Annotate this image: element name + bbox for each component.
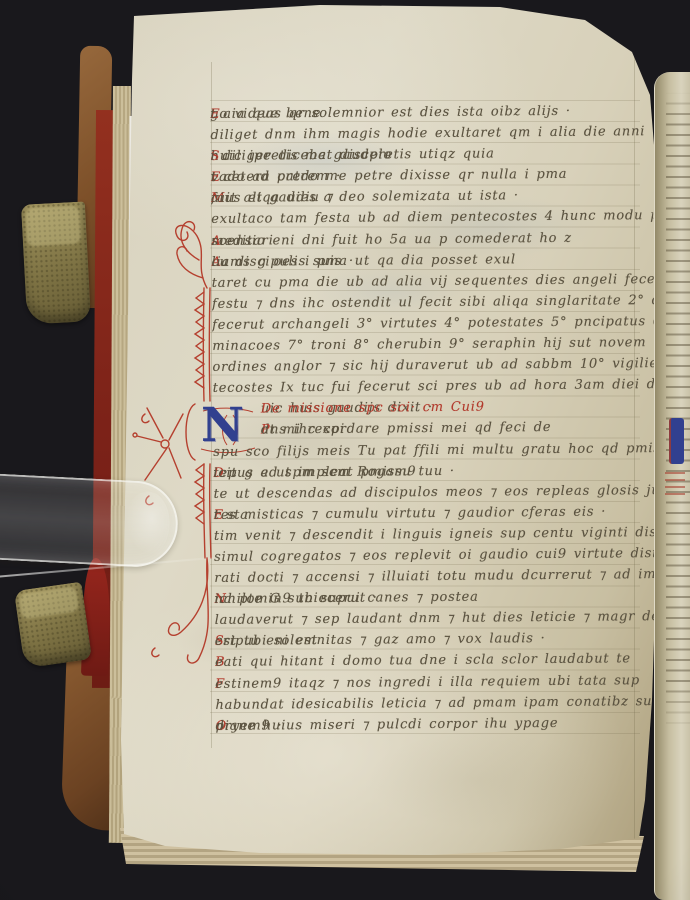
text-line: rati docti ⁊ accensi ⁊ illuiati totu mud… xyxy=(214,564,656,589)
text-line: pryem9 · O diane huius miseri ⁊ pulcdi c… xyxy=(216,712,658,737)
clasp-fold xyxy=(18,586,79,619)
facing-page-text xyxy=(666,92,690,732)
manuscript-photo: N go videas qr solemnior est dies ista o… xyxy=(0,0,690,900)
text-line: habundat idesicabilis leticia ⁊ ad pmam … xyxy=(215,691,657,716)
text-line: tecostes Ix tuc fui fecerut sci pres ub … xyxy=(213,374,655,399)
facing-page-edge xyxy=(654,72,690,900)
acrylic-page-holder xyxy=(0,472,180,569)
clasp-fold xyxy=(25,206,81,247)
text-block: go videas qr solemnior est dies ista oib… xyxy=(210,100,658,752)
facing-page-rubric-marks xyxy=(665,472,685,496)
text-line: diliget dnm ihm magis hodie exultaret qm… xyxy=(210,121,652,146)
clasp-bottom xyxy=(14,582,92,669)
facing-page-initial xyxy=(669,418,684,464)
clasp-top xyxy=(21,201,91,324)
text-line: exultaco tam festa ub ad diem pentecoste… xyxy=(211,206,653,231)
text-line: laudaverut ⁊ sep laudant dnm ⁊ hut dies … xyxy=(215,606,657,631)
text-line: spu sco filijs meis Tu pat ffili mi mult… xyxy=(213,438,655,463)
